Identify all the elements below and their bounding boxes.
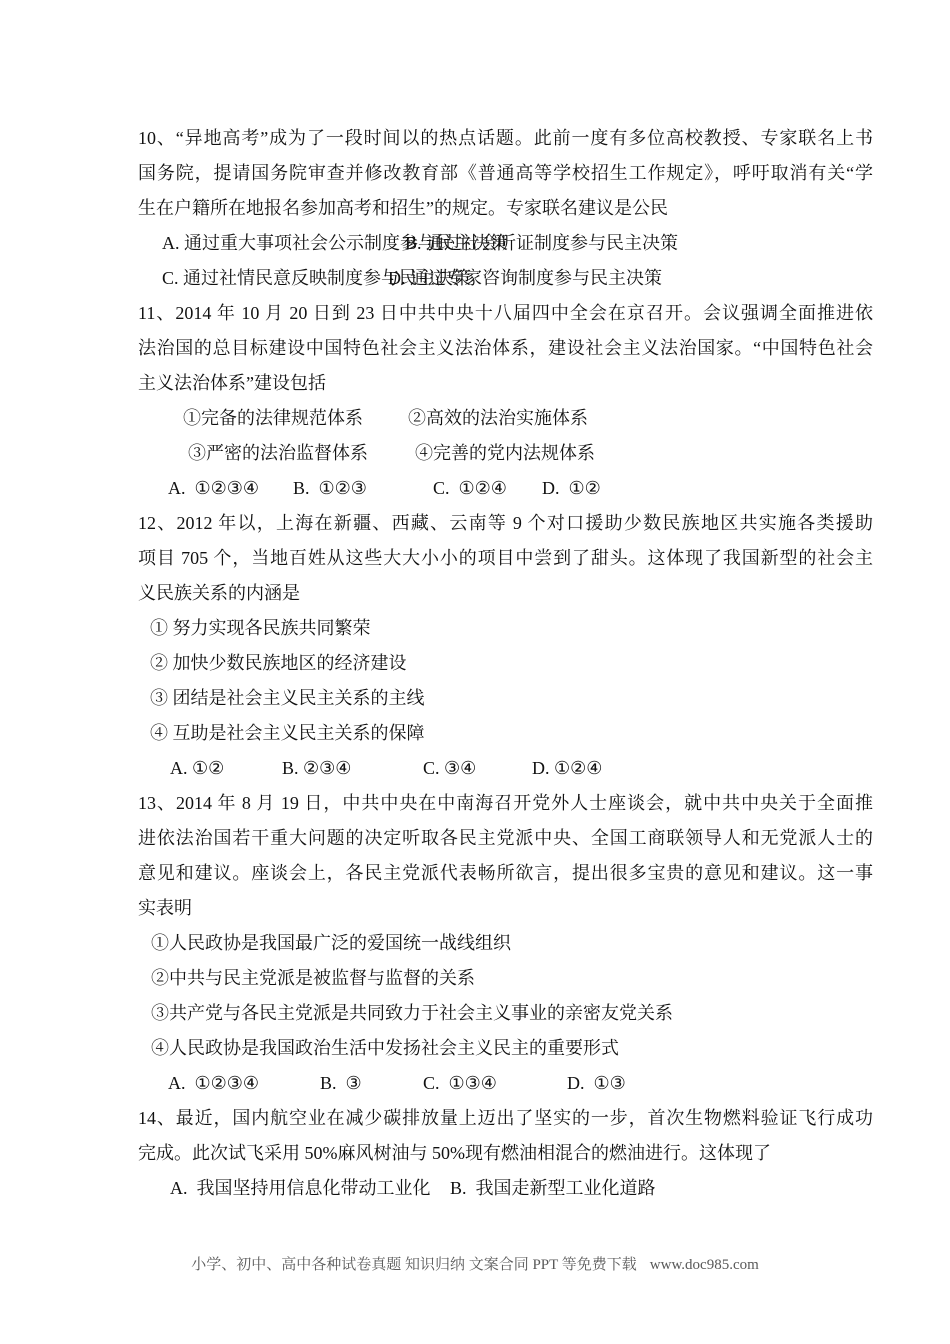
q12-subitem-row-4: ④ 互助是社会主义民主关系的保障 bbox=[138, 716, 873, 751]
q11-stem-line-3: 主义法治体系”建设包括 bbox=[138, 366, 873, 401]
q12-option-b: B. ②③④ bbox=[282, 751, 351, 786]
q13-subitem-4: ④人民政协是我国政治生活中发扬社会主义民主的重要形式 bbox=[151, 1031, 619, 1066]
q13-option-d: D. ①③ bbox=[567, 1066, 626, 1101]
q13-subitem-3: ③共产党与各民主党派是共同致力于社会主义事业的亲密友党关系 bbox=[151, 996, 673, 1031]
q10-stem-line-1: 10、“异地高考”成为了一段时间以的热点话题。此前一度有多位高校教授、专家联名上… bbox=[138, 121, 873, 156]
q12-subitem-2: ② 加快少数民族地区的经济建设 bbox=[150, 646, 407, 681]
q14-stem-line-1: 14、最近，国内航空业在减少碳排放量上迈出了坚实的一步，首次生物燃料验证飞行成功 bbox=[138, 1101, 873, 1136]
q13-stem-line-2: 进依法治国若干重大问题的决定听取各民主党派中央、全国工商联领导人和无党派人士的 bbox=[138, 821, 873, 856]
q12-subitem-1: ① 努力实现各民族共同繁荣 bbox=[150, 611, 371, 646]
q13-subitem-row-1: ①人民政协是我国最广泛的爱国统一战线组织 bbox=[138, 926, 873, 961]
q11-stem-line-1: 11、2014 年 10 月 20 日到 23 日中共中央十八届四中全会在京召开… bbox=[138, 296, 873, 331]
q13-subitem-2: ②中共与民主党派是被监督与监督的关系 bbox=[151, 961, 475, 996]
q12-subitem-row-2: ② 加快少数民族地区的经济建设 bbox=[138, 646, 873, 681]
q11-subitem-1: ①完备的法律规范体系 bbox=[183, 401, 363, 436]
q13-option-a: A. ①②③④ bbox=[168, 1066, 259, 1101]
q13-stem-line-1: 13、2014 年 8 月 19 日，中共中央在中南海召开党外人士座谈会，就中共… bbox=[138, 786, 873, 821]
q11-subitems-row-2: ③严密的法治监督体系 ④完善的党内法规体系 bbox=[138, 436, 873, 471]
q11-subitems-row-1: ①完备的法律规范体系 ②高效的法治实施体系 bbox=[138, 401, 873, 436]
footer-text: 小学、初中、高中各种试卷真题 知识归纳 文案合同 PPT 等免费下载 bbox=[191, 1257, 637, 1273]
q12-stem-line-2: 项目 705 个，当地百姓从这些大大小小的项目中尝到了甜头。这体现了我国新型的社… bbox=[138, 541, 873, 576]
q12-subitem-row-1: ① 努力实现各民族共同繁荣 bbox=[138, 611, 873, 646]
q12-stem-line-3: 义民族关系的内涵是 bbox=[138, 576, 873, 611]
footer-url-link[interactable]: www.doc985.com bbox=[650, 1257, 759, 1273]
q12-stem-line-1: 12、2012 年以，上海在新疆、西藏、云南等 9 个对口援助少数民族地区共实施… bbox=[138, 506, 873, 541]
exam-page: 10、“异地高考”成为了一段时间以的热点话题。此前一度有多位高校教授、专家联名上… bbox=[0, 0, 950, 1344]
q13-subitem-row-4: ④人民政协是我国政治生活中发扬社会主义民主的重要形式 bbox=[138, 1031, 873, 1066]
q11-subitem-4: ④完善的党内法规体系 bbox=[415, 436, 595, 471]
q14-stem-line-2: 完成。此次试飞采用 50%麻风树油与 50%现有燃油相混合的燃油进行。这体现了 bbox=[138, 1136, 873, 1171]
q11-subitem-3: ③严密的法治监督体系 bbox=[188, 436, 368, 471]
q12-option-a: A. ①② bbox=[170, 751, 224, 786]
q13-subitem-row-3: ③共产党与各民主党派是共同致力于社会主义事业的亲密友党关系 bbox=[138, 996, 873, 1031]
q10-options-row-2: C. 通过社情民意反映制度参与民主决策 D. 通过专家咨询制度参与民主决策 bbox=[138, 261, 873, 296]
q12-subitem-3: ③ 团结是社会主义民主关系的主线 bbox=[150, 681, 425, 716]
q13-options-row: A. ①②③④ B. ③ C. ①③④ D. ①③ bbox=[138, 1066, 873, 1101]
q10-options-row-1: A. 通过重大事项社会公示制度参与民主决策 B. 通过社会听证制度参与民主决策 bbox=[138, 226, 873, 261]
q11-subitem-2: ②高效的法治实施体系 bbox=[408, 401, 588, 436]
q10-option-d: D. 通过专家咨询制度参与民主决策 bbox=[388, 261, 662, 296]
q12-option-d: D. ①②④ bbox=[532, 751, 602, 786]
q13-subitem-1: ①人民政协是我国最广泛的爱国统一战线组织 bbox=[151, 926, 511, 961]
q10-stem-line-3: 生在户籍所在地报名参加高考和招生”的规定。专家联名建议是公民 bbox=[138, 191, 873, 226]
q11-option-b: B. ①②③ bbox=[293, 471, 367, 506]
q12-option-c: C. ③④ bbox=[423, 751, 476, 786]
page-footer: 小学、初中、高中各种试卷真题 知识归纳 文案合同 PPT 等免费下载www.do… bbox=[0, 1252, 950, 1278]
q11-option-c: C. ①②④ bbox=[433, 471, 507, 506]
q10-stem-line-2: 国务院，提请国务院审查并修改教育部《普通高等学校招生工作规定》，呼吁取消有关“学 bbox=[138, 156, 873, 191]
q12-options-row: A. ①② B. ②③④ C. ③④ D. ①②④ bbox=[138, 751, 873, 786]
q11-option-a: A. ①②③④ bbox=[168, 471, 259, 506]
q11-options-row: A. ①②③④ B. ①②③ C. ①②④ D. ①② bbox=[138, 471, 873, 506]
q11-stem-line-2: 法治国的总目标建设中国特色社会主义法治体系，建设社会主义法治国家。“中国特色社会 bbox=[138, 331, 873, 366]
q12-subitem-row-3: ③ 团结是社会主义民主关系的主线 bbox=[138, 681, 873, 716]
q14-option-a: A. 我国坚持用信息化带动工业化 bbox=[170, 1171, 431, 1206]
exam-content: 10、“异地高考”成为了一段时间以的热点话题。此前一度有多位高校教授、专家联名上… bbox=[138, 121, 873, 1206]
q14-option-b: B. 我国走新型工业化道路 bbox=[450, 1171, 656, 1206]
q11-option-d: D. ①② bbox=[542, 471, 601, 506]
q10-option-b: B. 通过社会听证制度参与民主决策 bbox=[405, 226, 678, 261]
q13-stem-line-4: 实表明 bbox=[138, 891, 873, 926]
q14-options-row: A. 我国坚持用信息化带动工业化 B. 我国走新型工业化道路 bbox=[138, 1171, 873, 1206]
q13-stem-line-3: 意见和建议。座谈会上，各民主党派代表畅所欲言，提出很多宝贵的意见和建议。这一事 bbox=[138, 856, 873, 891]
q13-option-b: B. ③ bbox=[320, 1066, 362, 1101]
q13-option-c: C. ①③④ bbox=[423, 1066, 497, 1101]
q12-subitem-4: ④ 互助是社会主义民主关系的保障 bbox=[150, 716, 425, 751]
q13-subitem-row-2: ②中共与民主党派是被监督与监督的关系 bbox=[138, 961, 873, 996]
